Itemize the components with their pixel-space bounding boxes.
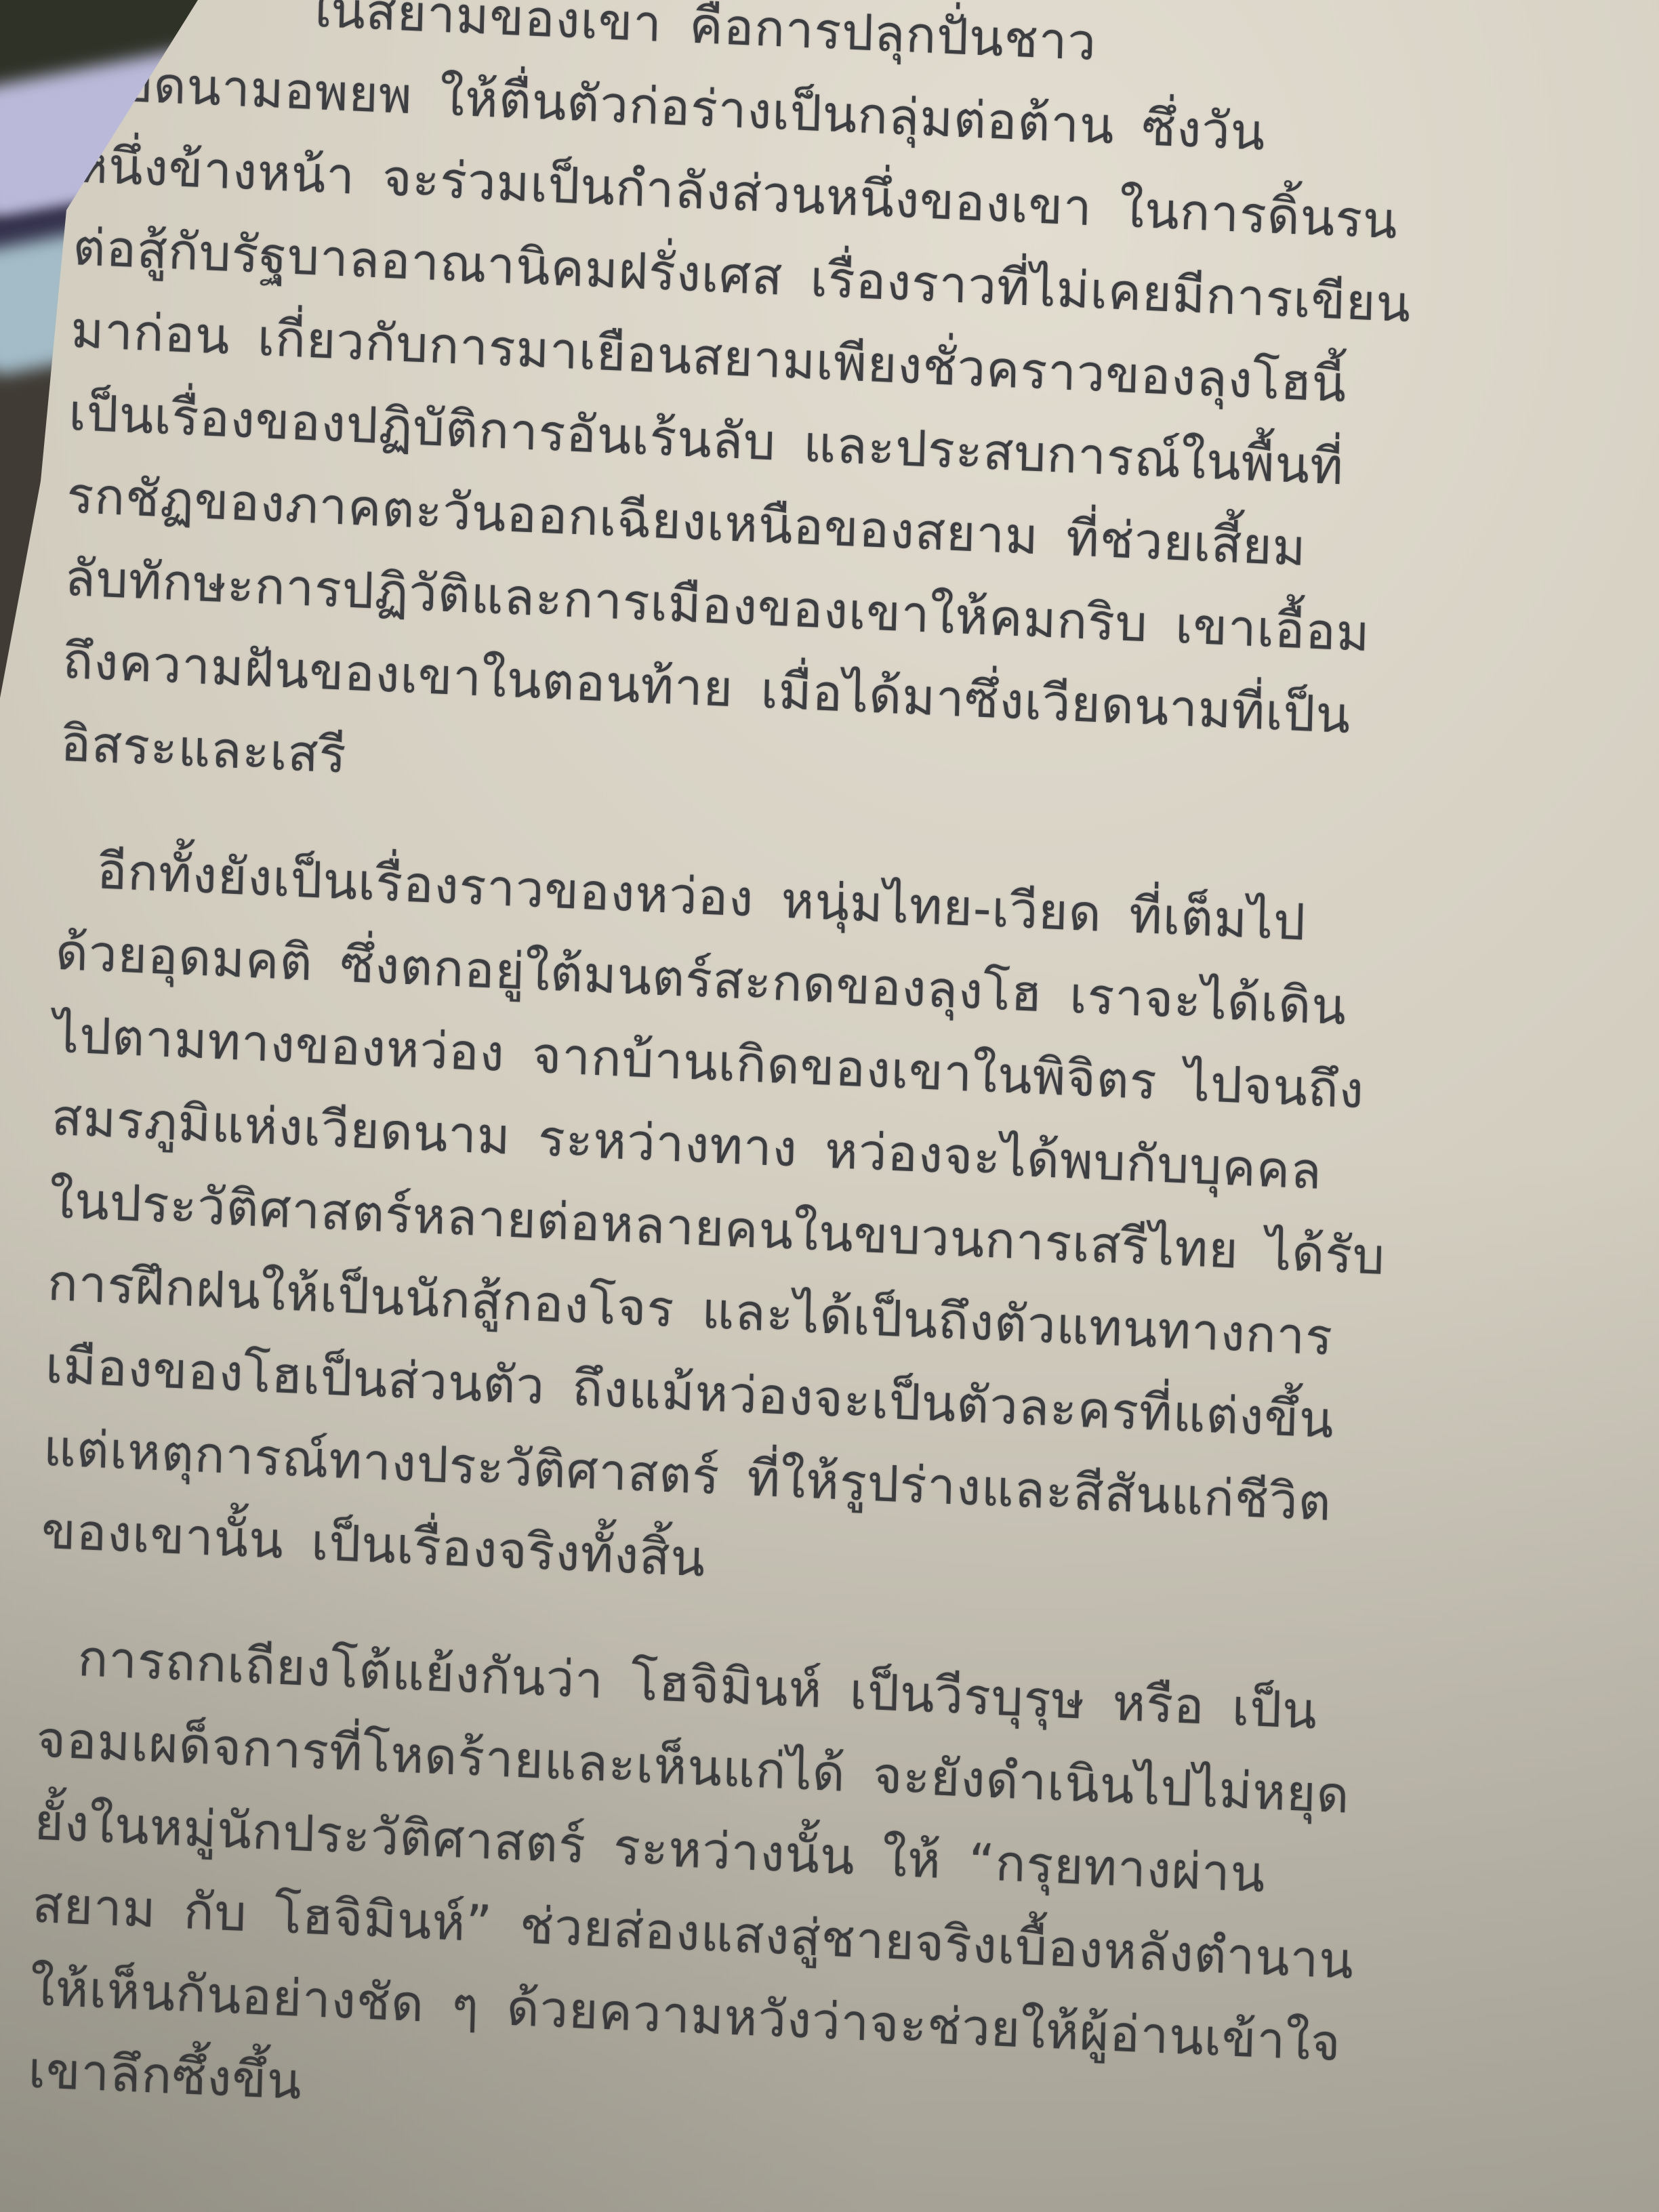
paragraph: ในสยามของเขา คือการปลุกปั่นชาวเวียดนามอพ…	[60, 0, 1637, 851]
paragraph: การถกเถียงโต้แย้งกันว่า โฮจิมินห์ เป็นวี…	[27, 1616, 1597, 2178]
book-page: ในสยามของเขา คือการปลุกปั่นชาวเวียดนามอพ…	[0, 0, 1659, 2212]
page-text-block: ในสยามของเขา คือการปลุกปั่นชาวเวียดนามอพ…	[27, 0, 1637, 2178]
photo-of-book-page: ในสยามของเขา คือการปลุกปั่นชาวเวียดนามอพ…	[0, 0, 1659, 2212]
paragraph: อีกทั้งยังเป็นเรื่องราวของหว่อง หนุ่มไทย…	[41, 828, 1616, 1639]
